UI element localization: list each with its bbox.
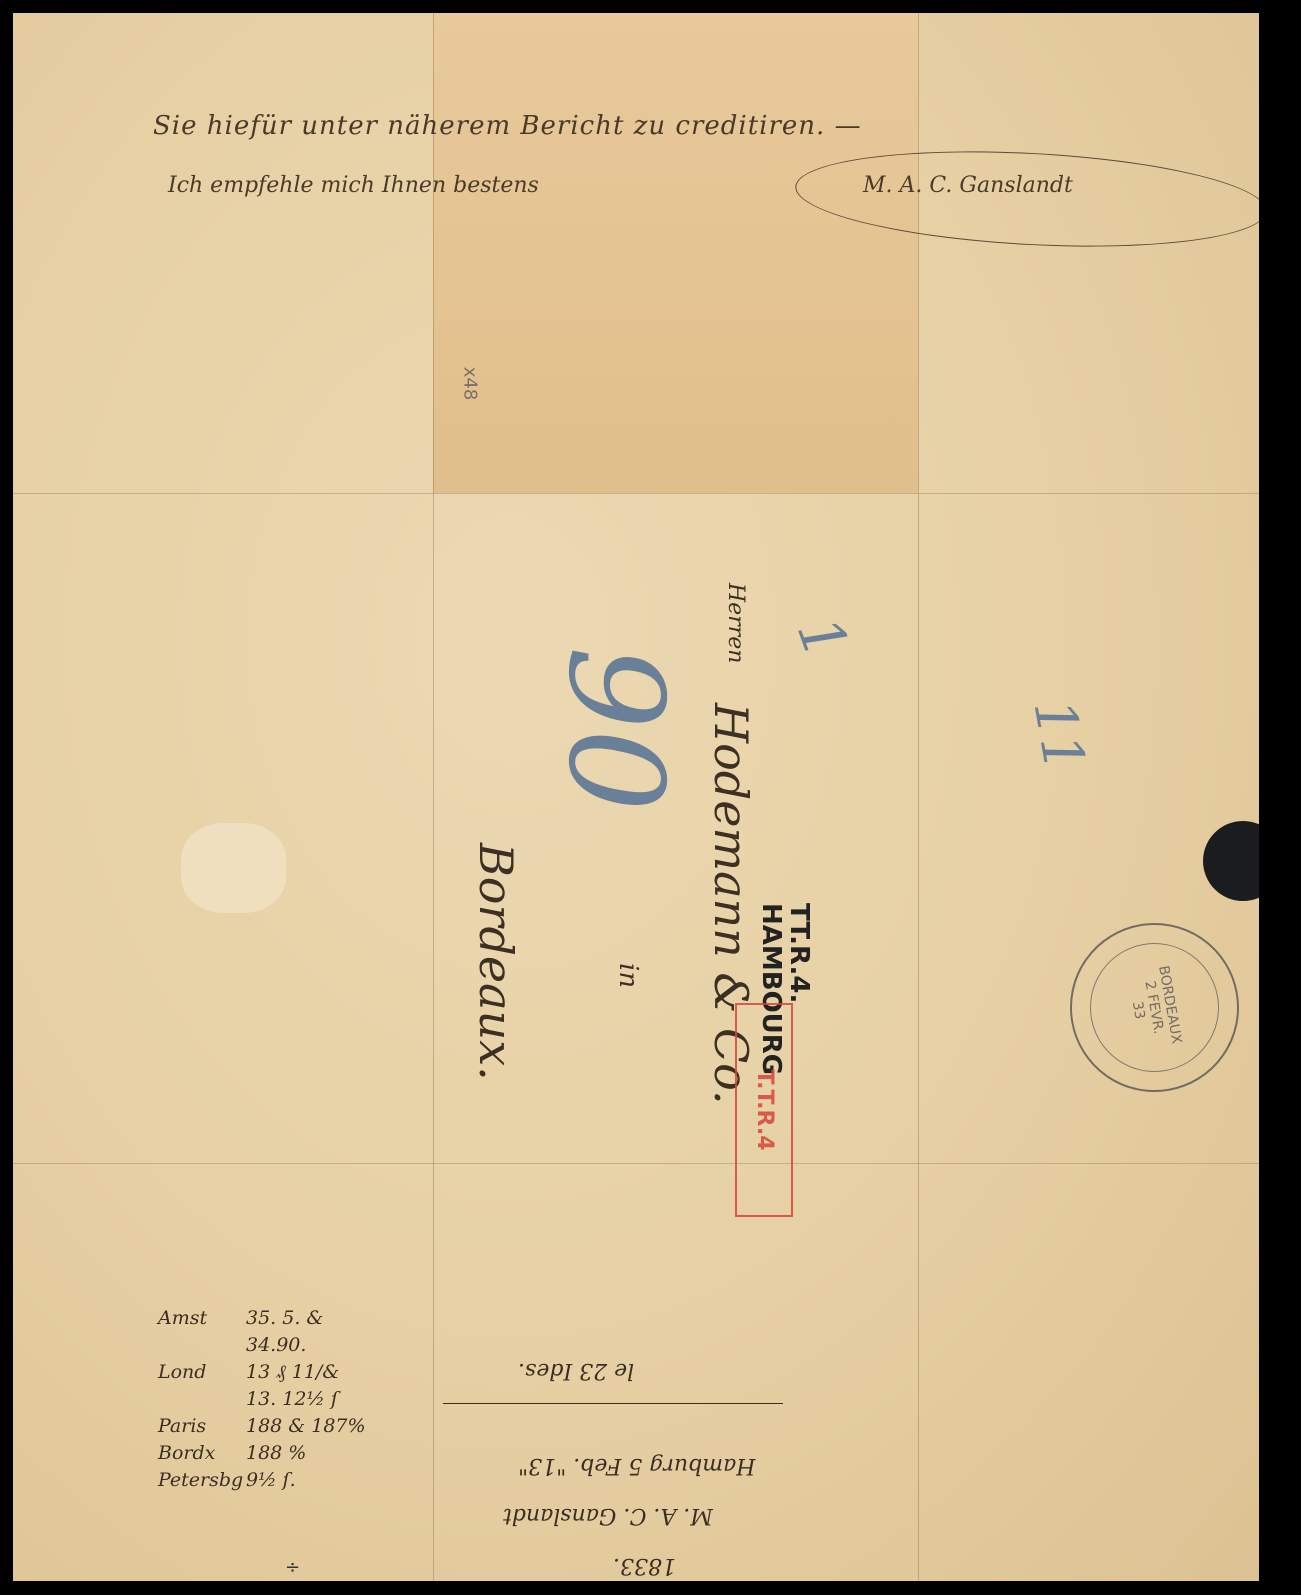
docket-line: 1833. [613, 1553, 676, 1578]
fold-line [13, 493, 1259, 494]
wax-seal [1203, 821, 1259, 901]
pencil-note: x48 [459, 367, 480, 401]
fold-line [918, 13, 919, 1581]
rate-city: Amst [158, 1305, 236, 1332]
address-salutation: Herren [723, 583, 748, 663]
wafer-seal-remnant [181, 823, 286, 913]
rate-value: 188 % [246, 1440, 406, 1467]
rate-row: 13. 12½ ſ [158, 1386, 406, 1413]
signature: M. A. C. Ganslandt [863, 173, 1073, 198]
exchange-rate-notes: Amst35. 5. & 34.90. Lond13 ₰ 11/& 13. 12… [158, 1305, 406, 1494]
bordeaux-postmark: BORDEAUX 2 FEVR. 33 [1057, 910, 1253, 1106]
rate-value: 188 & 187% [246, 1413, 406, 1440]
docket-line: M. A. C. Ganslandt [503, 1503, 713, 1528]
rate-city: Bordx [158, 1440, 236, 1467]
divider-symbol: ÷ [285, 1557, 300, 1578]
rate-row: 34.90. [158, 1332, 406, 1359]
address-city: Bordeaux. [469, 843, 523, 1081]
red-boxed-postmark: T.T.R.4 [735, 1003, 793, 1217]
rate-value: 34.90. [246, 1332, 406, 1359]
letter-sheet: Sie hiefür unter näherem Bericht zu cred… [13, 13, 1259, 1581]
rate-row: Petersbg9½ ſ. [158, 1467, 406, 1494]
rate-city: Petersbg [158, 1467, 236, 1494]
rate-row: Paris188 & 187% [158, 1413, 406, 1440]
letter-closing-line-2: Ich empfehle mich Ihnen bestens [168, 173, 539, 198]
blue-rate-marking: 90 [540, 646, 692, 811]
rate-row: Lond13 ₰ 11/& [158, 1359, 406, 1386]
blue-rate-marking-small: 11 [1020, 695, 1096, 776]
rate-value: 9½ ſ. [246, 1467, 406, 1494]
address-preposition: in [613, 963, 643, 988]
docket-rule [443, 1403, 783, 1404]
rate-value: 35. 5. & [246, 1305, 406, 1332]
address-panel-top [433, 13, 918, 493]
rate-value: 13. 12½ ſ [246, 1386, 406, 1413]
rate-city: Lond [158, 1359, 236, 1386]
docket-line: le 23 Ides. [518, 1358, 634, 1383]
rate-row: Amst35. 5. & [158, 1305, 406, 1332]
rate-city: Paris [158, 1413, 236, 1440]
rate-row: Bordx188 % [158, 1440, 406, 1467]
fold-line [433, 13, 434, 1581]
docket-line: Hamburg 5 Feb. "13" [518, 1453, 755, 1478]
fold-line [13, 1163, 1259, 1164]
letter-closing-line-1: Sie hiefür unter näherem Bericht zu cred… [153, 111, 862, 141]
postmark-inner-ring [1080, 933, 1229, 1082]
rate-value: 13 ₰ 11/& [246, 1359, 406, 1386]
blue-rate-marking-small: 1 [783, 608, 862, 668]
